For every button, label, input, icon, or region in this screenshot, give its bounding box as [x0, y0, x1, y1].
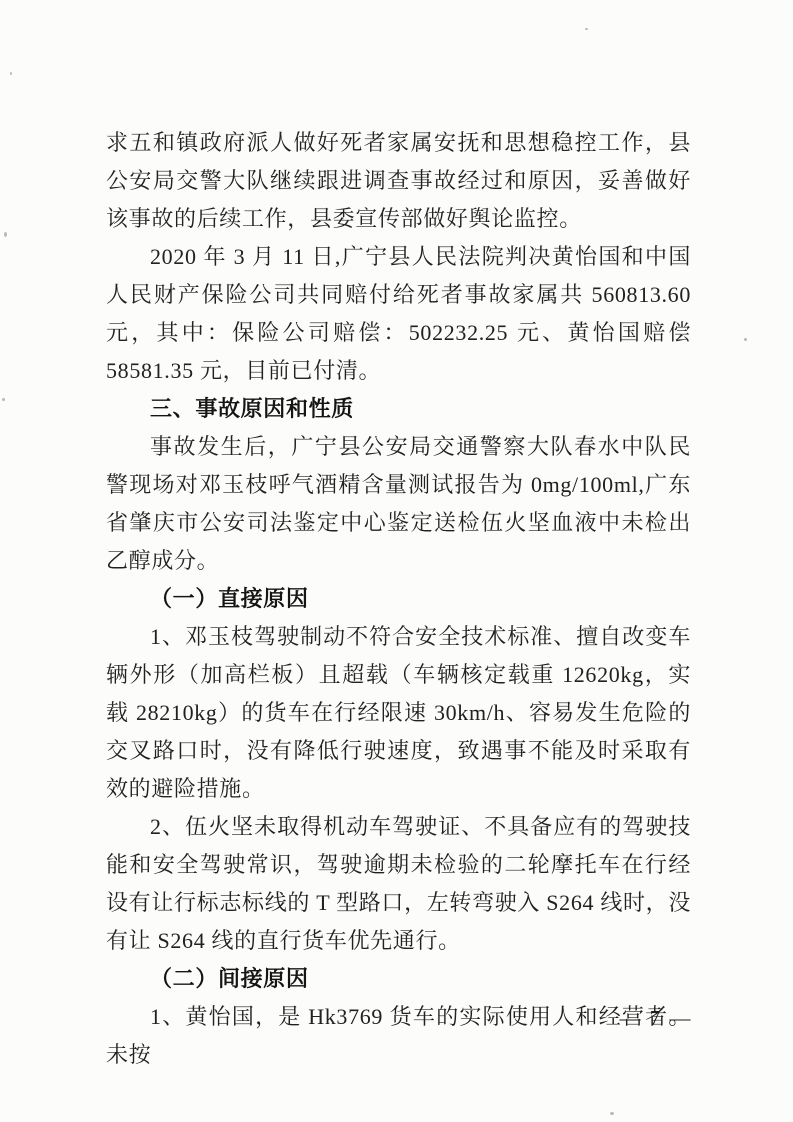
paragraph-indirect-cause-1: 1、黄怡国，是 Hk3769 货车的实际使用人和经营者。未按	[106, 998, 691, 1074]
paragraph-alcohol-test: 事故发生后，广宁县公安局交通警察大队春水中队民警现场对邓玉枝呼气酒精含量测试报告…	[106, 428, 691, 580]
paragraph-direct-cause-2: 2、伍火坚未取得机动车驾驶证、不具备应有的驾驶技能和安全驾驶常识，驾驶逾期未检验…	[106, 808, 691, 960]
scan-artifact	[4, 232, 7, 237]
scan-artifact	[10, 72, 12, 75]
paragraph-court-judgment: 2020 年 3 月 11 日,广宁县人民法院判决黄怡国和中国人民财产保险公司共…	[106, 238, 691, 390]
paragraph-aftermath-continued: 求五和镇政府派人做好死者家属安抚和思想稳控工作，县公安局交警大队继续跟进调查事故…	[106, 124, 691, 238]
document-page: 求五和镇政府派人做好死者家属安抚和思想稳控工作，县公安局交警大队继续跟进调查事故…	[0, 0, 793, 1122]
scan-artifact	[2, 398, 5, 401]
paragraph-direct-cause-1: 1、邓玉枝驾驶制动不符合安全技术标准、擅自改变车辆外形（加高栏板）且超载（车辆核…	[106, 618, 691, 808]
subsection-heading-indirect-cause: （二）间接原因	[106, 960, 691, 998]
scan-artifact	[744, 338, 747, 341]
scan-artifact	[585, 28, 588, 30]
subsection-heading-direct-cause: （一）直接原因	[106, 580, 691, 618]
document-body: 求五和镇政府派人做好死者家属安抚和思想稳控工作，县公安局交警大队继续跟进调查事故…	[106, 124, 691, 1074]
page-number: — 7 —	[606, 1006, 706, 1031]
section-heading-cause-and-nature: 三、事故原因和性质	[106, 390, 691, 428]
scan-artifact	[610, 1112, 614, 1115]
